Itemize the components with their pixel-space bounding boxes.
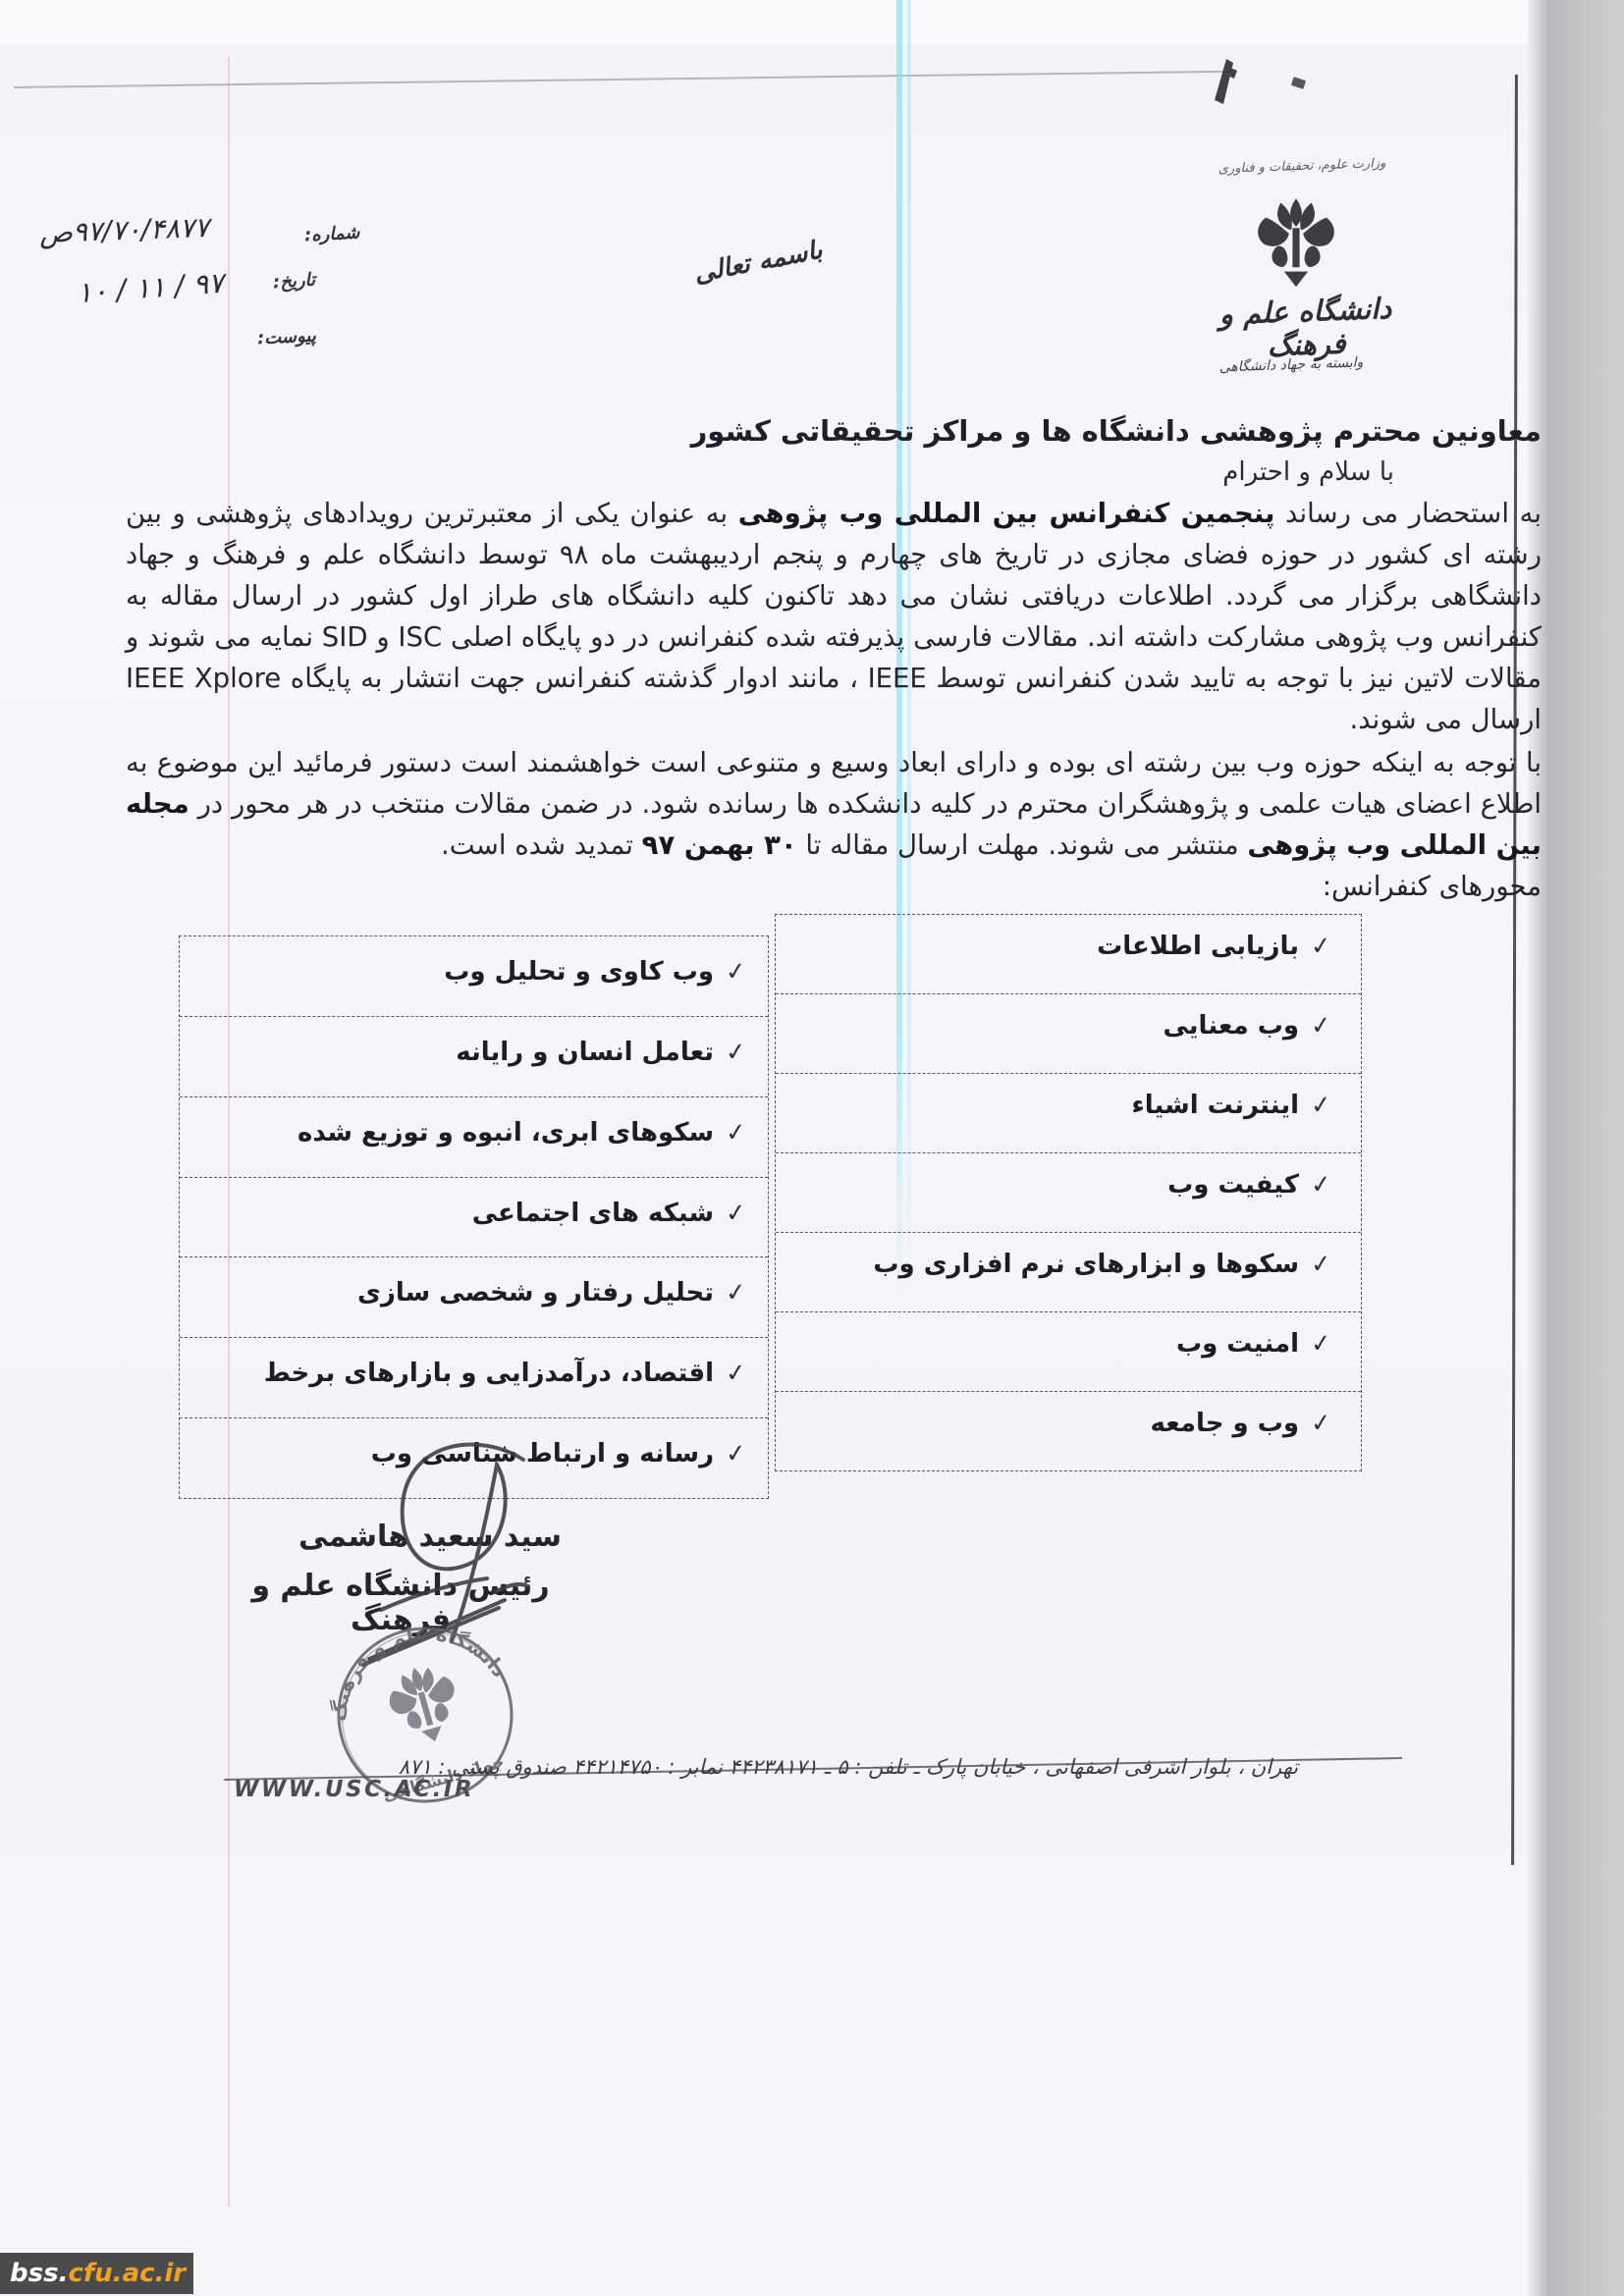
bismillah-text: باسمه تعالی: [691, 236, 825, 290]
check-icon: ✓: [1309, 1167, 1332, 1202]
topic-row: ✓وب کاوی و تحلیل وب: [180, 936, 768, 1017]
footer-url: WWW.USC.AC.IR: [234, 1777, 474, 1802]
p2-deadline: ۳۰ بهمن ۹۷: [642, 829, 797, 861]
p1-post: به عنوان یکی از معتبرترین رویدادهای پژوه…: [126, 498, 1542, 735]
scan-ink-blob: [1211, 57, 1240, 108]
paragraph-1: به استحضار می رساند پنجمین کنفرانس بین ا…: [126, 493, 1542, 740]
topic-row: ✓تحلیل رفتار و شخصی سازی: [180, 1257, 768, 1338]
topic-row: ✓اقتصاد، درآمدزایی و بازارهای برخط: [180, 1338, 768, 1418]
recipient-title: معاونین محترم پژوهشی دانشگاه ها و مراکز …: [126, 408, 1542, 454]
check-icon: ✓: [1309, 1088, 1332, 1123]
watermark-domain: cfu.ac.ir: [68, 2259, 186, 2288]
topic-row: ✓سکوها و ابزارهای نرم افزاری وب: [776, 1233, 1361, 1312]
topic-label: اینترنت اشیاء: [1131, 1089, 1299, 1122]
topic-label: سکوها و ابزارهای نرم افزاری وب: [873, 1248, 1299, 1281]
scan-top-line: [14, 71, 1231, 88]
topic-label: اقتصاد، درآمدزایی و بازارهای برخط: [264, 1357, 714, 1390]
p2-s3: تمدید شده است.: [441, 829, 642, 861]
topic-label: وب کاوی و تحلیل وب: [444, 955, 714, 988]
topic-row: ✓اینترنت اشیاء: [776, 1074, 1361, 1153]
topic-label: تعامل انسان و رایانه: [456, 1036, 714, 1069]
check-icon: ✓: [1309, 1406, 1332, 1441]
ministry-name: وزارت علوم، تحقیقات و فناوری: [1216, 156, 1388, 177]
university-logo-icon: [1227, 194, 1365, 293]
check-icon: ✓: [724, 1115, 747, 1150]
check-icon: ✓: [1309, 1008, 1332, 1043]
footer-address: تهران ، بلوار اشرفی اصفهانی ، خیابان پار…: [295, 1755, 1402, 1779]
paragraph-2: با توجه به اینکه حوزه وب بین رشته ای بود…: [126, 742, 1542, 866]
scanned-letter-page: وزارت علوم، تحقیقات و فناوری دانشگاه علم…: [0, 0, 1624, 2296]
check-icon: ✓: [1309, 1326, 1332, 1362]
topic-row: ✓کیفیت وب: [776, 1153, 1361, 1233]
check-icon: ✓: [1309, 1247, 1332, 1282]
check-icon: ✓: [724, 1196, 747, 1231]
topic-label: وب معنایی: [1163, 1009, 1299, 1042]
p2-s2: منتشر می شوند. مهلت ارسال مقاله تا: [797, 829, 1248, 861]
date-label: تاریخ:: [272, 270, 315, 294]
check-icon: ✓: [724, 1356, 747, 1391]
topic-label: امنیت وب: [1176, 1327, 1299, 1361]
topic-row: ✓وب و جامعه: [776, 1392, 1361, 1470]
scan-edge-band: [1528, 0, 1624, 2296]
number-label: شماره:: [303, 223, 359, 246]
watermark-prefix: bss.: [10, 2259, 68, 2288]
site-watermark: bss.cfu.ac.ir: [0, 2253, 193, 2294]
topics-heading: محورهای کنفرانس:: [126, 866, 1542, 907]
scan-edge-line: [1511, 75, 1518, 1865]
check-icon: ✓: [1309, 929, 1332, 964]
p1-conference-name: پنجمین کنفرانس بین المللی وب پژوهی: [738, 498, 1275, 529]
topic-label: سکوهای ابری، انبوه و توزیع شده: [298, 1116, 714, 1149]
topic-row: ✓بازیابی اطلاعات: [776, 915, 1361, 994]
topic-label: تحلیل رفتار و شخصی سازی: [357, 1276, 714, 1309]
p1-pre: به استحضار می رساند: [1274, 498, 1542, 529]
scan-ink-speck: [1291, 77, 1306, 89]
topic-row: ✓شبکه های اجتماعی: [180, 1178, 768, 1258]
number-handwritten-value: ۹۷/۷۰/۴۸۷۷ص: [38, 211, 209, 249]
attachment-label: پیوست:: [256, 325, 316, 348]
p2-s1: با توجه به اینکه حوزه وب بین رشته ای بود…: [126, 747, 1542, 820]
topics-column-left: ✓وب کاوی و تحلیل وب ✓تعامل انسان و رایان…: [179, 935, 769, 1499]
topic-row: ✓سکوهای ابری، انبوه و توزیع شده: [180, 1097, 768, 1178]
stamp-logo-icon: [382, 1659, 466, 1751]
topic-label: بازیابی اطلاعات: [1097, 930, 1299, 963]
check-icon: ✓: [724, 954, 747, 989]
date-handwritten-value: ۱۰ / ۱۱ / ۹۷: [76, 266, 225, 309]
check-icon: ✓: [724, 1436, 747, 1471]
scan-top-margin: [0, 0, 1624, 43]
check-icon: ✓: [724, 1275, 747, 1310]
topic-label: وب و جامعه: [1150, 1407, 1299, 1440]
topic-label: کیفیت وب: [1167, 1168, 1299, 1201]
topics-column-right: ✓بازیابی اطلاعات ✓وب معنایی ✓اینترنت اشی…: [775, 914, 1362, 1471]
check-icon: ✓: [724, 1035, 747, 1070]
topic-row: ✓وب معنایی: [776, 994, 1361, 1074]
salutation: با سلام و احترام: [126, 454, 1394, 491]
topic-label: شبکه های اجتماعی: [472, 1197, 714, 1230]
topic-row: ✓تعامل انسان و رایانه: [180, 1017, 768, 1097]
university-name: دانشگاه علم و فرهنگ: [1189, 291, 1423, 365]
letter-body: معاونین محترم پژوهشی دانشگاه ها و مراکز …: [126, 408, 1542, 907]
topic-row: ✓امنیت وب: [776, 1312, 1361, 1392]
